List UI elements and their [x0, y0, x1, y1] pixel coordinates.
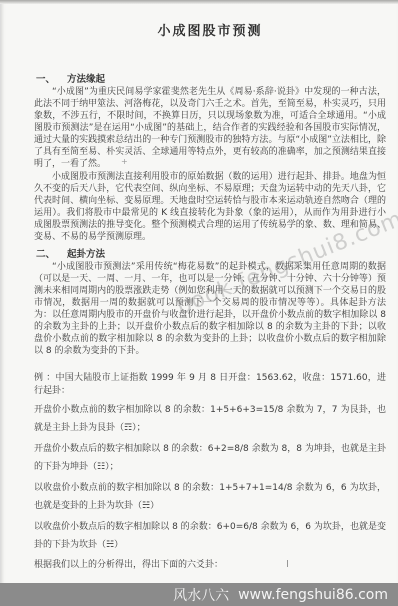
example-intro: 例 ：中国大陆股市上证指数 1999 年 9 月 8 日开盘：1563.62，收… [34, 372, 386, 398]
section-number: 二、 [36, 246, 67, 260]
footer-site-name: 风水八六 [173, 585, 229, 605]
page-title: 小成图股市预测 [34, 20, 386, 39]
scan-artifact [287, 560, 288, 567]
example-step: 开盘价小数点前的数字相加除以 8 的余数：1+5+6+3=15/8 余数为 7，… [34, 402, 386, 437]
page-content: 小成图股市预测 一、 方法缘起 “小成图”为重庆民间易学家霍斐然老先生从《周易·… [34, 20, 386, 580]
example-step: 以收盘价小数点后的数字相加除以 8 的余数：6+0=6/8 余数为 6，6 为坎… [34, 519, 386, 554]
paragraph: 小成图股市预测法直接利用股市的原始数据（数的运用）进行起卦、排卦。地盘为恒久不变… [34, 171, 386, 243]
scan-artifact: + [121, 157, 128, 166]
section-title: 起卦方法 [67, 246, 386, 260]
example-conclusion: 根据我们以上的分析得出，得出下面的六爻卦： [34, 557, 386, 575]
section-title: 方法缘起 [67, 71, 386, 85]
footer-bar: 风水八六 www.fengshui86.com [0, 583, 398, 606]
example-step: 以收盘价小数点前的数字相加除以 8 的余数：1+5+7+1=14/8 余数为 6… [34, 480, 386, 515]
section-heading-1: 一、 方法缘起 [34, 71, 386, 85]
example-step: 开盘价小数点后的数字相加除以 8 的余数：6+2=8/8 余数为 8，8 为坤卦… [34, 441, 386, 476]
footer-site-url: www.fengshui86.com [238, 587, 388, 603]
paragraph: “小成图股市预测法”采用传统“梅花易数”的起卦模式，数据采集用任意周期的数据（可… [34, 261, 386, 357]
paragraph: “小成图”为重庆民间易学家霍斐然老先生从《周易·系辞·说卦》中发现的一种古法，此… [34, 86, 386, 170]
section-heading-2: 二、 起卦方法 [34, 246, 386, 260]
scanned-page: 小成图股市预测 一、 方法缘起 “小成图”为重庆民间易学家霍斐然老先生从《周易·… [0, 0, 398, 606]
section-number: 一、 [36, 71, 67, 85]
